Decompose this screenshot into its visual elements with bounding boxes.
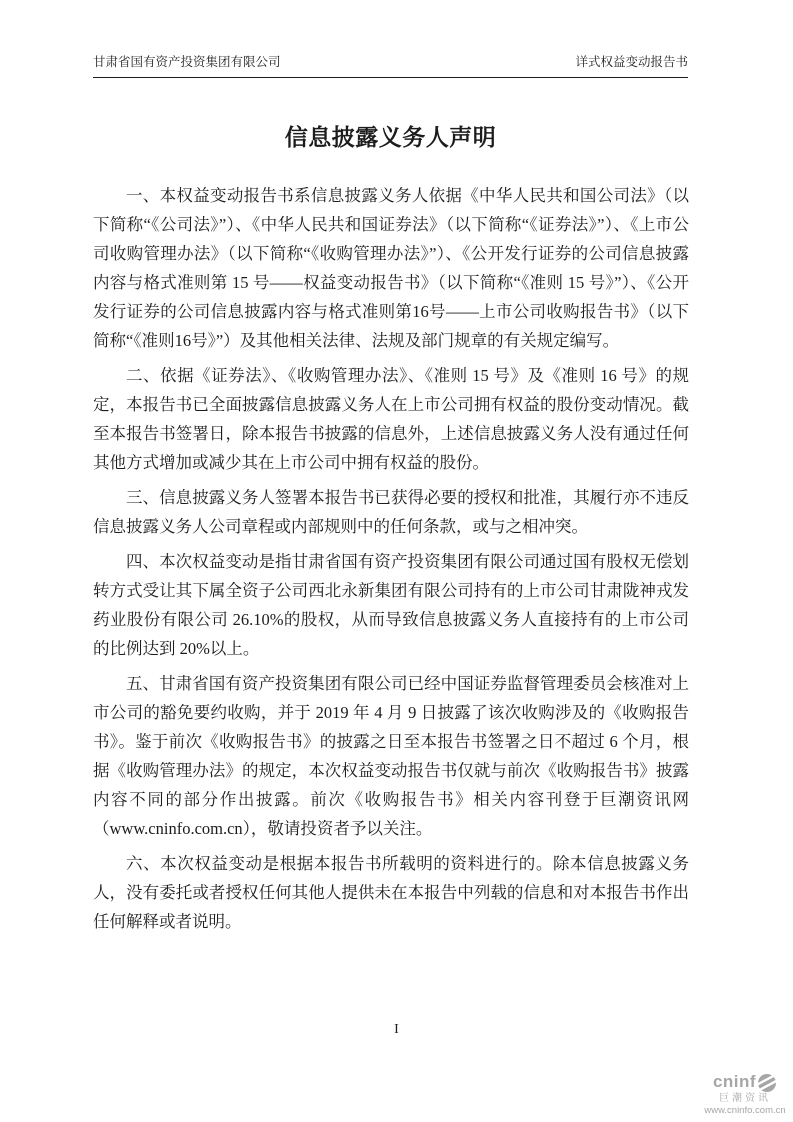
header-company-name: 甘肃省国有资产投资集团有限公司 [93, 52, 281, 70]
document-page: 甘肃省国有资产投资集团有限公司 详式权益变动报告书 信息披露义务人声明 一、本权… [0, 0, 793, 1122]
cninfo-logo: cninf 巨潮资讯 www.cninfo.com.cn [702, 1073, 788, 1116]
cninfo-brand-text: cninf [713, 1073, 756, 1092]
cninfo-site-name: 巨潮资讯 [702, 1093, 788, 1104]
cninfo-site-url: www.cninfo.com.cn [702, 1106, 788, 1116]
paragraph-2: 二、依据《证券法》、《收购管理办法》、《准则 15 号》及《准则 16 号》的规… [93, 361, 689, 477]
paragraph-5: 五、甘肃省国有资产投资集团有限公司已经中国证券监督管理委员会核准对上市公司的豁免… [93, 669, 689, 843]
paragraph-1: 一、本权益变动报告书系信息披露义务人依据《中华人民共和国公司法》（以下简称“《公… [93, 181, 689, 355]
document-title: 信息披露义务人声明 [93, 119, 688, 152]
paragraph-3: 三、信息披露义务人签署本报告书已获得必要的授权和批准，其履行亦不违反信息披露义务… [93, 483, 689, 541]
page-number: I [0, 1022, 793, 1038]
paragraph-6: 六、本次权益变动是根据本报告书所载明的资料进行的。除本信息披露义务人，没有委托或… [93, 849, 689, 936]
cninfo-logo-row: cninf [702, 1073, 788, 1093]
page-header: 甘肃省国有资产投资集团有限公司 详式权益变动报告书 [93, 52, 688, 78]
document-body: 一、本权益变动报告书系信息披露义务人依据《中华人民共和国公司法》（以下简称“《公… [93, 181, 689, 942]
cninfo-swirl-icon [757, 1073, 777, 1093]
header-report-type: 详式权益变动报告书 [575, 52, 688, 70]
paragraph-4: 四、本次权益变动是指甘肃省国有资产投资集团有限公司通过国有股权无偿划转方式受让其… [93, 547, 689, 663]
